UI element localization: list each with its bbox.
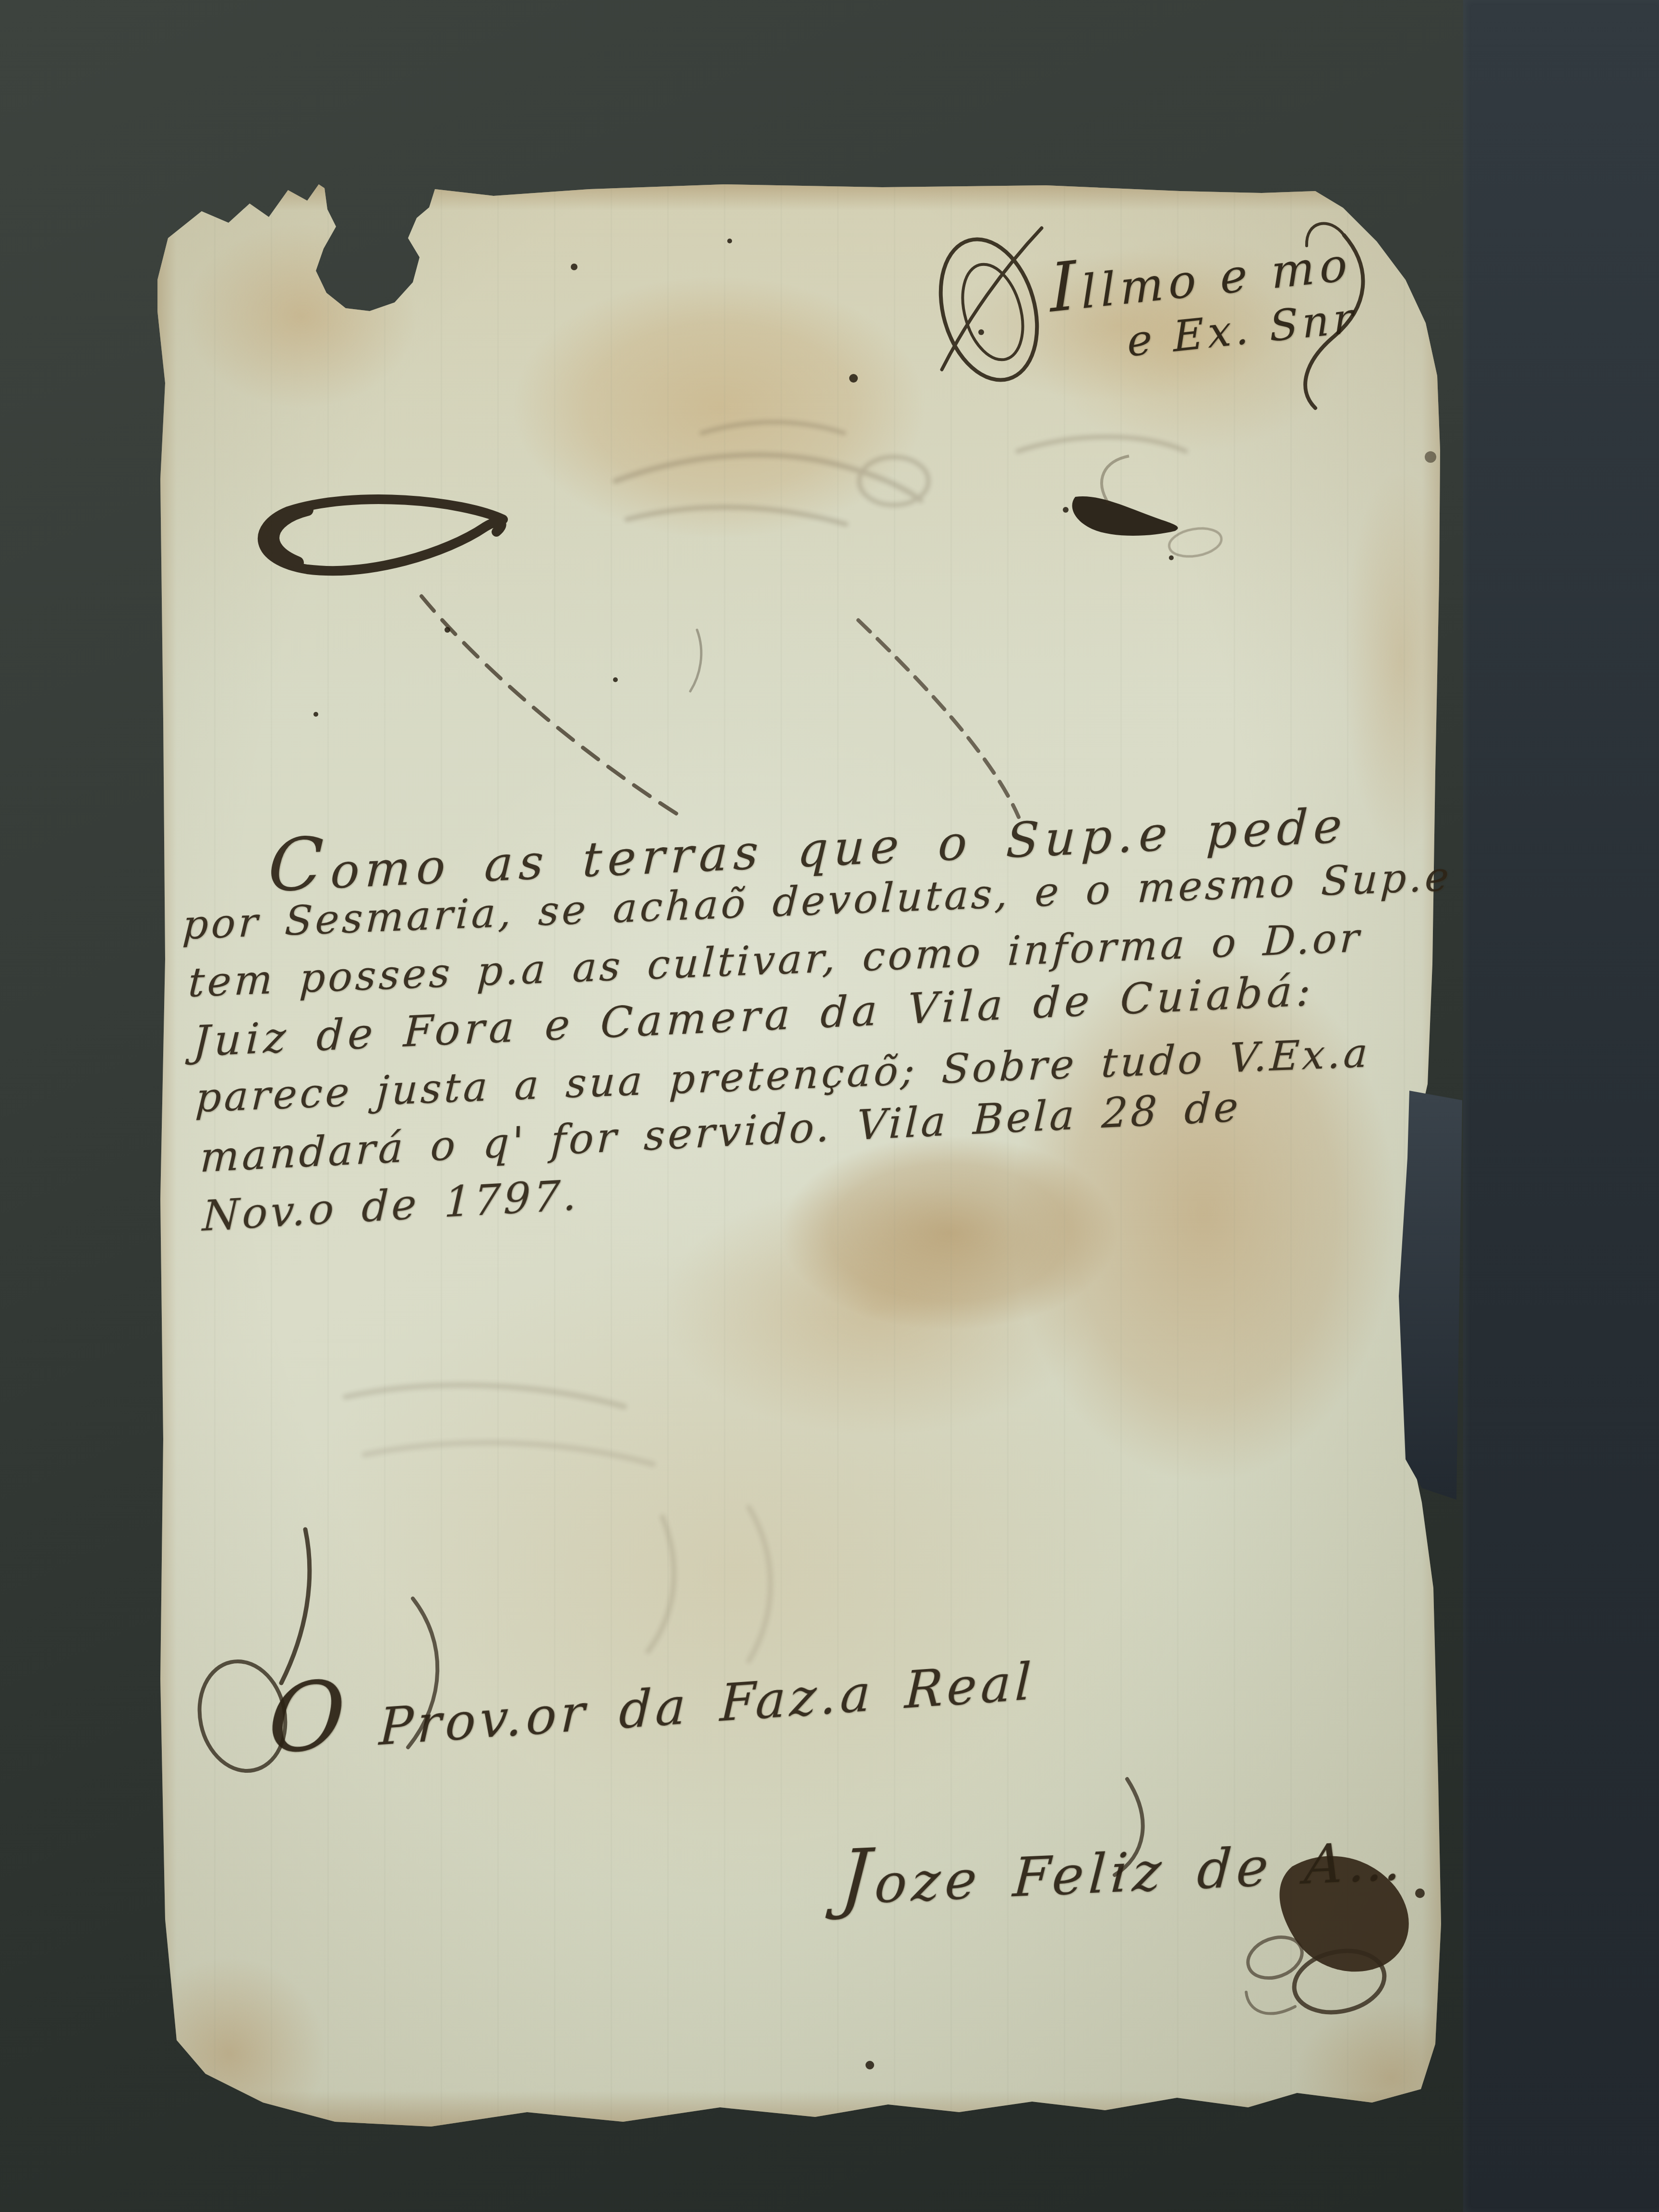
archival-photograph: Illmo e mo e Ex. Snr Como as terras que … [0, 0, 1659, 2212]
backdrop-right-edge [1463, 0, 1659, 2212]
